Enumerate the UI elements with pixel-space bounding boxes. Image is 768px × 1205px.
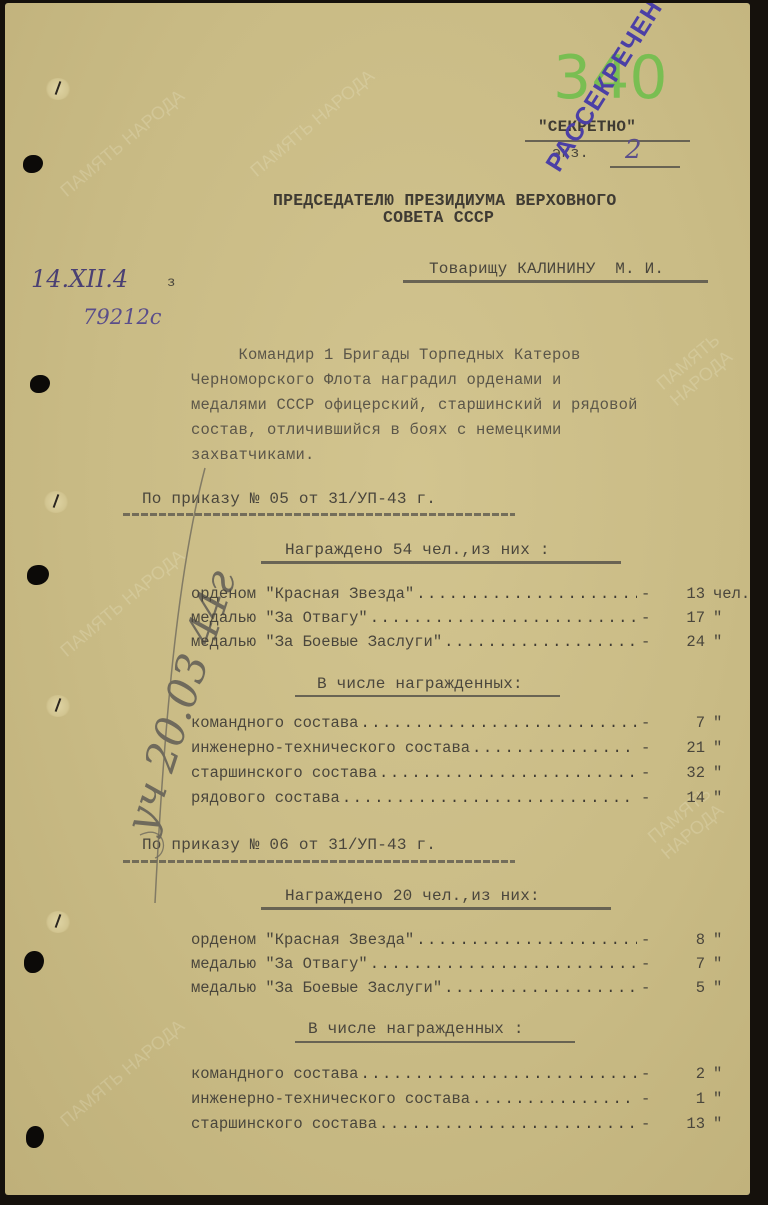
- archival-document-page: ПАМЯТЬ НАРОДА ПАМЯТЬ НАРОДА ПАМЯТЬ НАРОД…: [5, 3, 750, 1195]
- pencil-strokes: [5, 3, 750, 1195]
